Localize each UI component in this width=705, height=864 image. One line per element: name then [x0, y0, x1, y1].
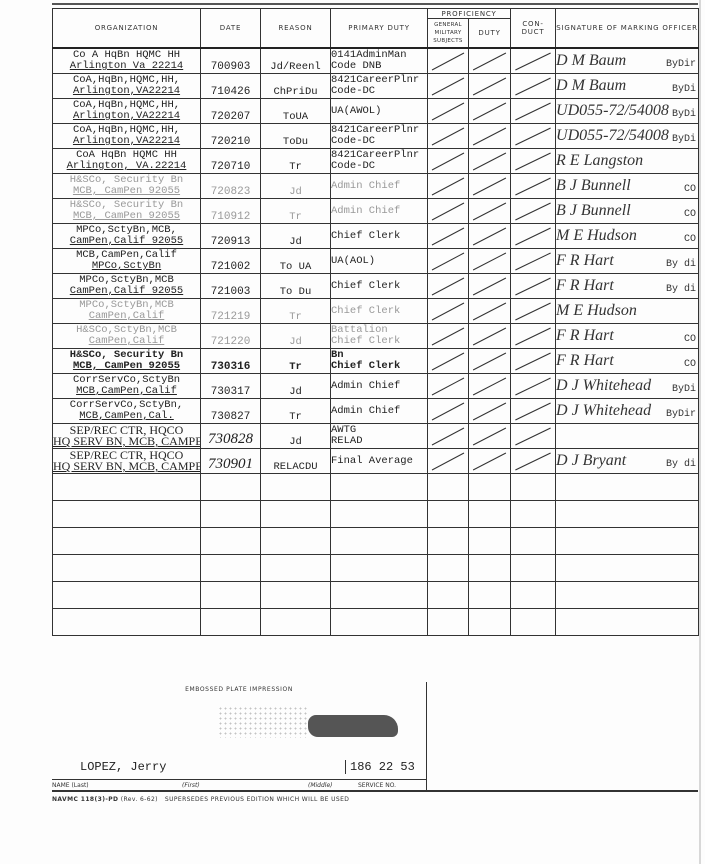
cell-primary-duty: Chief Clerk [331, 224, 428, 249]
org-line-2: HQ SERV BN, MCB, CAMPEN, CA [53, 461, 200, 472]
cell-conduct-mark [511, 149, 556, 174]
signature: M E Hudson [556, 227, 637, 244]
signature: F R Hart [556, 252, 614, 269]
cell-signature: R E Langston [556, 149, 699, 174]
cell-date: 720913 [201, 224, 261, 249]
cell-reason: Tr [261, 199, 331, 224]
cell-conduct-mark [511, 299, 556, 324]
supersedes-note: SUPERSEDES PREVIOUS EDITION WHICH WILL B… [165, 796, 349, 803]
col-conduct: CON- DUCT [511, 9, 556, 49]
signature: D J Whitehead [556, 377, 651, 394]
proficiency-conduct-table: ORGANIZATION DATE REASON PRIMARY DUTY PR… [52, 8, 699, 636]
service-record-page: ORGANIZATION DATE REASON PRIMARY DUTY PR… [0, 0, 705, 864]
cell-date: 721003 [201, 274, 261, 299]
cell-primary-duty: UA(AOL) [331, 249, 428, 274]
duty-line-1: Final Average [331, 456, 427, 467]
service-number-value: 186 22 53 [345, 760, 415, 774]
cell-gms-mark [428, 174, 469, 199]
org-line-2: CamPen,Calif 92055 [53, 286, 200, 297]
cell-date: 730901 [201, 449, 261, 474]
cell-organization: H&SCo, Security BnMCB, CamPen 92055 [53, 199, 201, 224]
signature-suffix: ByDi [672, 384, 696, 395]
cell-date: 730316 [201, 349, 261, 374]
duty-line-1: Admin Chief [331, 381, 427, 392]
cell-organization: H&SCo, Security BnMCB, CamPen 92055 [53, 349, 201, 374]
cell-conduct-mark [511, 249, 556, 274]
cell-reason: Tr [261, 149, 331, 174]
cell-conduct-mark [511, 74, 556, 99]
cell-duty-mark [469, 349, 511, 374]
duty-line-2: RELAD [331, 436, 427, 447]
cell-organization: SEP/REC CTR, HQCOHQ SERV BN, MCB, CAMPEN… [53, 449, 201, 474]
form-number: NAVMC 118(3)-PD [52, 796, 118, 803]
cell-primary-duty: Final Average [331, 449, 428, 474]
signature: B J Bunnell [556, 177, 631, 194]
signature-suffix: ByDi [672, 134, 696, 145]
duty-line-1: UA(AWOL) [331, 106, 427, 117]
cell-organization: CoA HqBn HQMC HHArlington, VA.22214 [53, 149, 201, 174]
signature: B J Bunnell [556, 202, 631, 219]
cell-signature: UD055-72/54008ByDi [556, 99, 699, 124]
footer-block: EMBOSSED PLATE IMPRESSION LOPEZ, Jerry 1… [52, 682, 698, 792]
cell-duty-mark [469, 324, 511, 349]
table-row: CorrServCo,SctyBnMCB,CamPen,Calif730317J… [53, 374, 699, 399]
signature: UD055-72/54008 [556, 127, 669, 144]
cell-organization: MPCo,SctyBn,MCBCamPen,Calif [53, 299, 201, 324]
col-duty: DUTY [469, 19, 511, 49]
cell-conduct-mark [511, 274, 556, 299]
org-line-2: Arlington, VA.22214 [53, 161, 200, 172]
cell-organization: CoA,HqBn,HQMC,HH,Arlington,VA22214 [53, 74, 201, 99]
cell-gms-mark [428, 224, 469, 249]
cell-duty-mark [469, 174, 511, 199]
signature: F R Hart [556, 352, 614, 369]
empty-row [53, 609, 699, 636]
cell-primary-duty: Chief Clerk [331, 274, 428, 299]
cell-duty-mark [469, 424, 511, 449]
cell-reason: Jd [261, 174, 331, 199]
table-row: CoA,HqBn,HQMC,HH,Arlington,VA22214720210… [53, 124, 699, 149]
signature: F R Hart [556, 277, 614, 294]
cell-reason: RELACDU [261, 449, 331, 474]
cell-signature: F R HartCO [556, 349, 699, 374]
cell-organization: MPCo,SctyBn,MCBCamPen,Calif 92055 [53, 274, 201, 299]
cell-conduct-mark [511, 449, 556, 474]
cell-signature: B J BunnellCO [556, 174, 699, 199]
cell-reason: To Du [261, 274, 331, 299]
label-middle: (Middle) [308, 782, 333, 789]
cell-duty-mark [469, 124, 511, 149]
duty-line-2: Chief Clerk [331, 361, 427, 372]
cell-date: 720710 [201, 149, 261, 174]
page-edge [699, 0, 701, 864]
cell-reason: Tr [261, 299, 331, 324]
cell-signature: F R HartBy di [556, 249, 699, 274]
col-signature: SIGNATURE OF MARKING OFFICER [556, 9, 699, 49]
duty-line-1: Admin Chief [331, 206, 427, 217]
empty-row [53, 474, 699, 501]
org-line-2: CamPen,Calif [53, 336, 200, 347]
duty-line-1: Chief Clerk [331, 281, 427, 292]
cell-gms-mark [428, 324, 469, 349]
duty-line-2: Chief Clerk [331, 336, 427, 347]
cell-conduct-mark [511, 99, 556, 124]
empty-row [53, 501, 699, 528]
table-row: MCB,CamPen,CalifMPCo,SctyBn721002To UAUA… [53, 249, 699, 274]
cell-signature: D M BaumByDi [556, 74, 699, 99]
cell-primary-duty: BnChief Clerk [331, 349, 428, 374]
cell-organization: CoA,HqBn,HQMC,HH,Arlington,VA22214 [53, 124, 201, 149]
cell-duty-mark [469, 149, 511, 174]
duty-line-2: Code-DC [331, 136, 427, 147]
signature-suffix: CO [684, 234, 696, 245]
col-primary-duty: PRIMARY DUTY [331, 9, 428, 49]
cell-reason: Jd [261, 424, 331, 449]
name-value: LOPEZ, Jerry [80, 760, 166, 774]
cell-gms-mark [428, 99, 469, 124]
cell-gms-mark [428, 249, 469, 274]
cell-reason: Tr [261, 349, 331, 374]
cell-conduct-mark [511, 324, 556, 349]
cell-signature: D J BryantBy di [556, 449, 699, 474]
table-row: MPCo,SctyBn,MCB,CamPen,Calif 92055720913… [53, 224, 699, 249]
cell-duty-mark [469, 274, 511, 299]
cell-signature [556, 424, 699, 449]
cell-gms-mark [428, 449, 469, 474]
org-line-2: CamPen,Calif 92055 [53, 236, 200, 247]
cell-reason: ChPriDu [261, 74, 331, 99]
cell-duty-mark [469, 249, 511, 274]
cell-date: 710912 [201, 199, 261, 224]
cell-signature: UD055-72/54008ByDi [556, 124, 699, 149]
signature-suffix: ByDi [672, 109, 696, 120]
top-rule [52, 3, 698, 5]
cell-duty-mark [469, 74, 511, 99]
table-row: H&SCo,SctyBn,MCBCamPen,Calif721220JdBatt… [53, 324, 699, 349]
signature-suffix: CO [684, 334, 696, 345]
empty-row [53, 528, 699, 555]
cell-signature: F R HartBy di [556, 274, 699, 299]
cell-primary-duty: Admin Chief [331, 199, 428, 224]
table-row: MPCo,SctyBn,MCBCamPen,Calif 92055721003T… [53, 274, 699, 299]
org-line-2: MCB, CamPen 92055 [53, 186, 200, 197]
col-general-military-subjects: GENERAL MILITARY SUBJECTS [428, 19, 469, 49]
cell-primary-duty: 8421CareerPlnrCode-DC [331, 74, 428, 99]
cell-conduct-mark [511, 124, 556, 149]
table-row: CoA HqBn HQMC HHArlington, VA.2221472071… [53, 149, 699, 174]
signature-suffix: CO [684, 184, 696, 195]
col-organization: ORGANIZATION [53, 9, 201, 49]
duty-line-1: Admin Chief [331, 181, 427, 192]
cell-conduct-mark [511, 174, 556, 199]
cell-duty-mark [469, 374, 511, 399]
cell-gms-mark [428, 149, 469, 174]
cell-reason: Jd [261, 374, 331, 399]
cell-signature: D M BaumByDir [556, 48, 699, 74]
cell-gms-mark [428, 374, 469, 399]
duty-line-1: Chief Clerk [331, 231, 427, 242]
org-line-2: HQ SERV BN, MCB, CAMPEN, CA [53, 436, 200, 447]
cell-duty-mark [469, 99, 511, 124]
label-last: NAME (Last) [52, 782, 89, 789]
signature: UD055-72/54008 [556, 102, 669, 119]
org-line-2: Arlington,VA22214 [53, 86, 200, 97]
cell-conduct-mark [511, 399, 556, 424]
col-reason: REASON [261, 9, 331, 49]
table-row: SEP/REC CTR, HQCOHQ SERV BN, MCB, CAMPEN… [53, 424, 699, 449]
empty-row [53, 555, 699, 582]
cell-conduct-mark [511, 374, 556, 399]
cell-duty-mark [469, 48, 511, 74]
table-row: H&SCo, Security BnMCB, CamPen 9205573031… [53, 349, 699, 374]
signature-suffix: CO [684, 209, 696, 220]
cell-conduct-mark [511, 199, 556, 224]
org-line-2: Arlington,VA22214 [53, 111, 200, 122]
cell-reason: ToDu [261, 124, 331, 149]
cell-duty-mark [469, 224, 511, 249]
cell-gms-mark [428, 399, 469, 424]
signature: R E Langston [556, 152, 643, 169]
cell-gms-mark [428, 299, 469, 324]
col-date: DATE [201, 9, 261, 49]
cell-gms-mark [428, 74, 469, 99]
org-line-2: CamPen,Calif [53, 311, 200, 322]
table-row: SEP/REC CTR, HQCOHQ SERV BN, MCB, CAMPEN… [53, 449, 699, 474]
duty-line-1: Admin Chief [331, 406, 427, 417]
cell-date: 700903 [201, 48, 261, 74]
cell-conduct-mark [511, 349, 556, 374]
cell-date: 720823 [201, 174, 261, 199]
cell-signature: F R HartCO [556, 324, 699, 349]
org-line-2: MPCo,SctyBn [53, 261, 200, 272]
cell-organization: MCB,CamPen,CalifMPCo,SctyBn [53, 249, 201, 274]
cell-organization: H&SCo,SctyBn,MCBCamPen,Calif [53, 324, 201, 349]
cell-gms-mark [428, 274, 469, 299]
cell-reason: Jd/Reenl [261, 48, 331, 74]
emboss-label: EMBOSSED PLATE IMPRESSION [52, 686, 426, 693]
cell-date: 710426 [201, 74, 261, 99]
org-line-2: Arlington,VA22214 [53, 136, 200, 147]
cell-reason: Jd [261, 324, 331, 349]
cell-conduct-mark [511, 48, 556, 74]
cell-primary-duty: Admin Chief [331, 399, 428, 424]
cell-conduct-mark [511, 224, 556, 249]
duty-line-2: Code-DC [331, 161, 427, 172]
cell-gms-mark [428, 199, 469, 224]
cell-reason: Jd [261, 224, 331, 249]
signature-suffix: ByDir [666, 409, 696, 420]
cell-gms-mark [428, 48, 469, 74]
signature: D J Whitehead [556, 402, 651, 419]
cell-date: 721002 [201, 249, 261, 274]
signature-suffix: ByDir [666, 59, 696, 70]
table-row: CoA,HqBn,HQMC,HH,Arlington,VA22214710426… [53, 74, 699, 99]
table-row: H&SCo, Security BnMCB, CamPen 9205572082… [53, 174, 699, 199]
cell-gms-mark [428, 424, 469, 449]
org-line-2: MCB,CamPen,Cal. [53, 411, 200, 422]
cell-date: 720210 [201, 124, 261, 149]
cell-signature: M E HudsonCO [556, 224, 699, 249]
signature-suffix: By di [666, 259, 696, 270]
duty-line-1: Chief Clerk [331, 306, 427, 317]
table-row: Co A HqBn HQMC HHArlington Va 2221470090… [53, 48, 699, 74]
signature: F R Hart [556, 327, 614, 344]
signature: D M Baum [556, 77, 626, 94]
signature-suffix: By di [666, 284, 696, 295]
duty-line-2: Code-DC [331, 86, 427, 97]
cell-date: 730317 [201, 374, 261, 399]
cell-duty-mark [469, 449, 511, 474]
cell-organization: CorrServCo,SctyBn,MCB,CamPen,Cal. [53, 399, 201, 424]
table-row: CorrServCo,SctyBn,MCB,CamPen,Cal.730827T… [53, 399, 699, 424]
cell-signature: B J BunnellCO [556, 199, 699, 224]
org-line-2: MCB,CamPen,Calif [53, 386, 200, 397]
table-row: MPCo,SctyBn,MCBCamPen,Calif721219TrChief… [53, 299, 699, 324]
cell-organization: MPCo,SctyBn,MCB,CamPen,Calif 92055 [53, 224, 201, 249]
cell-primary-duty: 0141AdminManCode DNB [331, 48, 428, 74]
cell-date: 730827 [201, 399, 261, 424]
cell-reason: To UA [261, 249, 331, 274]
cell-primary-duty: Admin Chief [331, 174, 428, 199]
org-line-2: MCB, CamPen 92055 [53, 211, 200, 222]
form-identifier: NAVMC 118(3)-PD (Rev. 6-62) SUPERSEDES P… [52, 796, 349, 803]
name-labels-row: NAME (Last) (First) (Middle) SERVICE NO. [52, 779, 426, 791]
cell-date: 720207 [201, 99, 261, 124]
col-proficiency: PROFICIENCY [428, 9, 511, 19]
cell-date: 730828 [201, 424, 261, 449]
cell-organization: CoA,HqBn,HQMC,HH,Arlington,VA22214 [53, 99, 201, 124]
duty-line-1: UA(AOL) [331, 256, 427, 267]
table-row: H&SCo, Security BnMCB, CamPen 9205571091… [53, 199, 699, 224]
cell-organization: CorrServCo,SctyBnMCB,CamPen,Calif [53, 374, 201, 399]
cell-organization: SEP/REC CTR, HQCOHQ SERV BN, MCB, CAMPEN… [53, 424, 201, 449]
org-line-2: Arlington Va 22214 [53, 61, 200, 72]
cell-reason: ToUA [261, 99, 331, 124]
signature-suffix: ByDi [672, 84, 696, 95]
embossed-dots [218, 706, 308, 738]
signature: D M Baum [556, 52, 626, 69]
cell-gms-mark [428, 349, 469, 374]
cell-duty-mark [469, 299, 511, 324]
form-revision: (Rev. 6-62) [121, 796, 158, 803]
label-service-no: SERVICE NO. [358, 782, 396, 789]
duty-line-2: Code DNB [331, 61, 427, 72]
cell-date: 721219 [201, 299, 261, 324]
cell-gms-mark [428, 124, 469, 149]
cell-primary-duty: AWTGRELAD [331, 424, 428, 449]
cell-organization: Co A HqBn HQMC HHArlington Va 22214 [53, 48, 201, 74]
signature-suffix: By di [666, 459, 696, 470]
label-first: (First) [182, 782, 200, 789]
cell-date: 721220 [201, 324, 261, 349]
cell-conduct-mark [511, 424, 556, 449]
empty-row [53, 582, 699, 609]
embossed-plate-area: EMBOSSED PLATE IMPRESSION LOPEZ, Jerry 1… [52, 682, 427, 790]
cell-primary-duty: Admin Chief [331, 374, 428, 399]
cell-primary-duty: Chief Clerk [331, 299, 428, 324]
redaction-mark [308, 715, 398, 737]
cell-signature: D J WhiteheadByDi [556, 374, 699, 399]
cell-signature: D J WhiteheadByDir [556, 399, 699, 424]
cell-primary-duty: 8421CareerPlnrCode-DC [331, 149, 428, 174]
signature-suffix: CO [684, 359, 696, 370]
org-line-2: MCB, CamPen 92055 [53, 361, 200, 372]
cell-duty-mark [469, 199, 511, 224]
cell-signature: M E Hudson [556, 299, 699, 324]
cell-reason: Tr [261, 399, 331, 424]
cell-primary-duty: 8421CareerPlnrCode-DC [331, 124, 428, 149]
signature: M E Hudson [556, 302, 637, 319]
table-row: CoA,HqBn,HQMC,HH,Arlington,VA22214720207… [53, 99, 699, 124]
cell-duty-mark [469, 399, 511, 424]
signature: D J Bryant [556, 452, 626, 469]
cell-primary-duty: UA(AWOL) [331, 99, 428, 124]
cell-organization: H&SCo, Security BnMCB, CamPen 92055 [53, 174, 201, 199]
cell-primary-duty: BattalionChief Clerk [331, 324, 428, 349]
